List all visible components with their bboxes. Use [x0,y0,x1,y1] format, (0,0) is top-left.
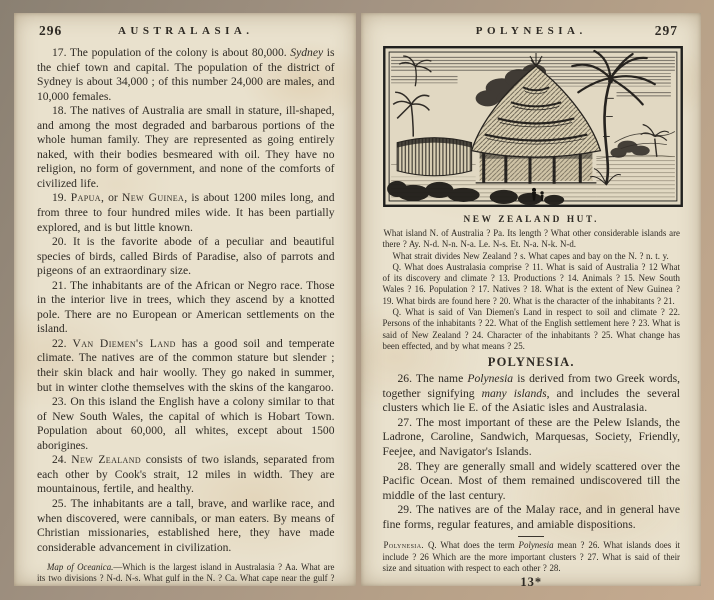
engraving-svg [383,46,683,207]
left-page-body: 17. The population of the colony is abou… [37,46,335,555]
left-page-footnotes: Map of Oceanica.—Which is the largest is… [37,562,335,586]
paragraph: Map of Oceanica.—Which is the largest is… [37,562,335,586]
section-heading-polynesia: POLYNESIA. [383,355,681,370]
right-running-head: POLYNESIA. [383,25,681,37]
paragraph: Polynesia. Q. What does the term Polynes… [383,540,681,574]
paragraph: What strait divides New Zealand ? s. Wha… [383,251,681,262]
signature-mark: 13* [383,575,681,586]
left-running-head: AUSTRALASIA. [37,25,335,37]
right-page-body: 26. The name Polynesia is derived from t… [383,372,681,532]
paragraph: What island N. of Australia ? Pa. Its le… [383,228,681,251]
paragraph: 22. Van Diemen's Land has a good soil an… [37,337,335,395]
paragraph: 28. They are generally small and widely … [383,460,681,504]
paragraph: 25. The inhabitants are a tall, brave, a… [37,497,335,555]
review-questions: What island N. of Australia ? Pa. Its le… [383,228,681,352]
paragraph: Q. What is said of Van Diemen's Land in … [383,307,681,352]
footnote-rule [518,536,544,537]
paragraph: 29. The natives are of the Malay race, a… [383,503,681,532]
paragraph: 24. New Zealand consists of two islands,… [37,453,335,497]
paragraph: 21. The inhabitants are of the African o… [37,279,335,337]
open-book-spread: 296 AUSTRALASIA. 17. The population of t… [0,0,714,600]
right-page: POLYNESIA. 297 [361,13,702,586]
left-page: 296 AUSTRALASIA. 17. The population of t… [14,13,356,586]
right-page-footnote: Polynesia. Q. What does the term Polynes… [383,540,681,574]
left-page-header: 296 AUSTRALASIA. [37,23,335,43]
engraving-caption: NEW ZEALAND HUT. [383,215,681,225]
right-page-number: 297 [655,23,678,39]
right-page-header: POLYNESIA. 297 [383,23,681,43]
paragraph: 20. It is the favorite abode of a peculi… [37,235,335,279]
paragraph: 17. The population of the colony is abou… [37,46,335,104]
palisade-fence [397,138,471,176]
paragraph: Q. What does Australasia comprise ? 11. … [383,262,681,307]
paragraph: 23. On this island the English have a co… [37,395,335,453]
paragraph: 19. Papua, or New Guinea, is about 1200 … [37,191,335,235]
paragraph: 18. The natives of Australia are small i… [37,104,335,191]
paragraph: 26. The name Polynesia is derived from t… [383,372,681,416]
paragraph: 27. The most important of these are the … [383,416,681,460]
new-zealand-hut-engraving [383,46,683,212]
